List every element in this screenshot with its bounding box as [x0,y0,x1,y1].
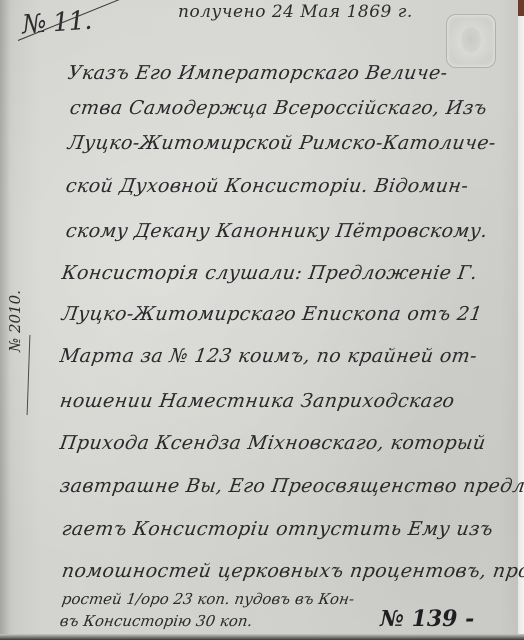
body-line: Луцко-Житомирскаго Епископа отъ 21 [60,303,483,325]
body-line: помошностей церковныхъ процентовъ, проси… [60,560,524,582]
body-line: скому Декану Каноннику Пётровскому. [64,220,489,242]
body-line: Луцко-Житомирской Римско-Католиче- [66,132,497,154]
body-line: ской Духовной Консисторіи. Відомин- [64,175,469,197]
body-line: ства Самодержца Всероссійскаго, Изъ [68,97,488,119]
body-line: завтрашне Вы, Его Преосвященство предла- [58,475,524,497]
register-number: № 139 - [380,606,474,632]
body-line: Указъ Его Императорскаго Величе- [66,62,449,84]
footer-fee-line: въ Консисторію 30 коп. [59,612,254,630]
body-line: Консисторія слушали: Предложеніе Г. [60,262,478,284]
body-line: гаетъ Консисторіи отпустить Ему изъ [60,518,494,540]
letter-body: Указъ Его Императорскаго Величе- ства Са… [0,0,524,640]
page-bottom-edge [0,634,524,640]
body-line: Прихода Ксендза Міхновскаго, который [58,432,487,454]
document-page: № 11. получено 24 Мая 1869 г. № 2010. Ук… [0,0,524,640]
body-line: ростей 1/оро 23 коп. пудовъ въ Кон- [61,590,356,608]
body-line: ношении Наместника Заприходскаго [58,390,455,412]
body-line: Марта за № 123 коимъ, по крайней от- [58,345,478,367]
